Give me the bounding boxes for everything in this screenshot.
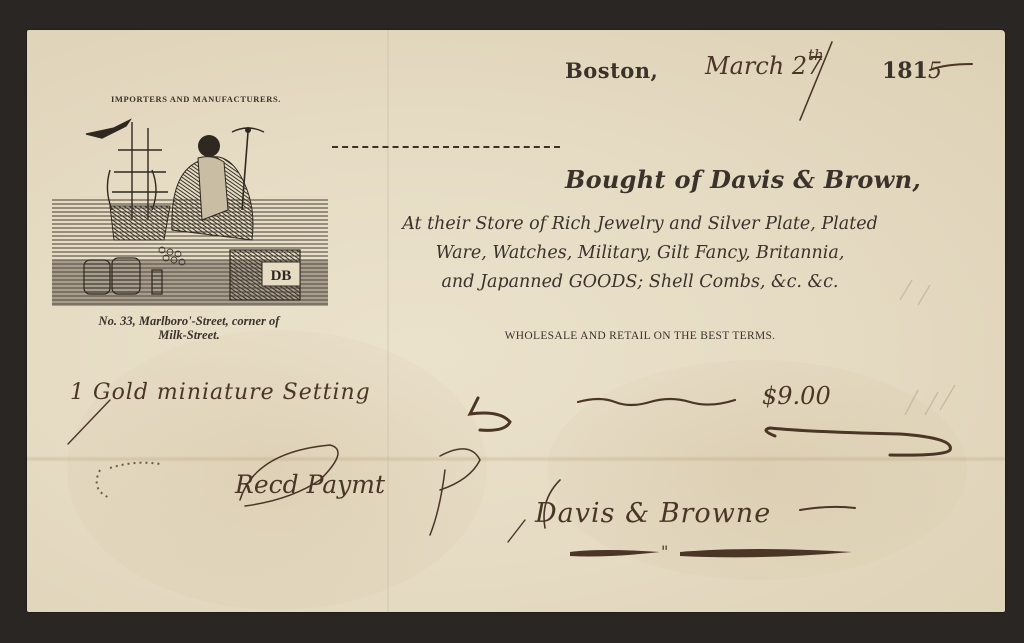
letterhead-address: No. 33, Marlboro'-Street, corner of Milk…	[54, 314, 324, 342]
engraving-illustration-icon: DB	[52, 110, 328, 310]
signature: Davis & Browne	[535, 498, 771, 529]
date-suffix: th	[808, 46, 824, 64]
customer-name-rule	[332, 146, 560, 148]
line-item-description: 1 Gold miniature Setting	[70, 380, 371, 405]
letterhead-engraving: DB	[52, 110, 328, 310]
received-payment: Recd Paymt	[235, 470, 385, 499]
terms-line: WHOLESALE AND RETAIL ON THE BEST TERMS.	[340, 330, 940, 342]
store-line-2: Ware, Watches, Military, Gilt Fancy, Bri…	[340, 239, 940, 268]
city-name: Boston,	[565, 58, 658, 83]
letterhead-tagline: IMPORTERS AND MANUFACTURERS.	[96, 94, 296, 104]
year-printed: 181	[882, 58, 928, 84]
store-line-3: and Japanned GOODS; Shell Combs, &c. &c.	[340, 268, 940, 297]
address-line-1: No. 33, Marlboro'-Street, corner of	[54, 314, 324, 328]
year-handwritten-digit: 5	[928, 59, 942, 84]
line-item-amount: $9.00	[762, 382, 831, 410]
date-handwritten: March 27	[705, 52, 822, 80]
paper-fold-horizontal	[27, 456, 1005, 462]
year: 1815	[882, 58, 942, 84]
paper-stain	[547, 360, 967, 580]
store-description: At their Store of Rich Jewelry and Silve…	[340, 210, 940, 297]
bale-mark: DB	[271, 268, 292, 284]
paper-fold-vertical	[387, 30, 389, 612]
store-line-1: At their Store of Rich Jewelry and Silve…	[340, 210, 940, 239]
bought-of-heading: Bought of Davis & Brown,	[565, 165, 921, 194]
address-line-2: Milk-Street.	[54, 328, 324, 342]
